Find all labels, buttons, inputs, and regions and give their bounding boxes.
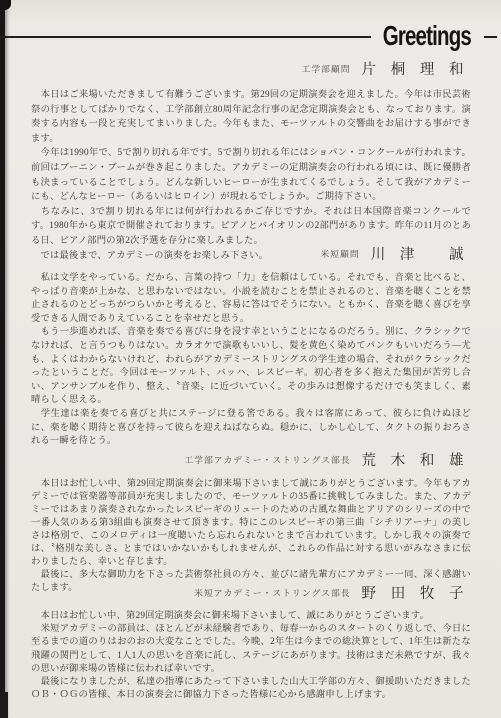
header-rule-line — [0, 36, 371, 38]
section-byline: 工学部アカデミー・ストリングス部長 荒 木 和 雄 — [31, 449, 471, 470]
paragraph: 本日はお忙しい中、第29回定期演奏会に御来場下さいまして、誠にありがとうございま… — [31, 610, 471, 623]
person-name: 野 田 牧 子 — [362, 586, 469, 602]
greeting-section-araki: 工学部アカデミー・ストリングス部長 荒 木 和 雄 本日はお忙しい中、第29回定… — [0, 449, 501, 595]
role-label: 工学部顧問 — [302, 64, 351, 74]
person-name: 荒 木 和 雄 — [362, 453, 469, 469]
role-label: 米短顧問 — [320, 249, 359, 259]
paragraph: もう一歩進めれば、音楽を奏でる喜びに身を浸す幸ということになるのだろう。別に、ク… — [31, 326, 471, 408]
role-label: 工学部アカデミー・ストリングス部長 — [184, 455, 350, 465]
section-body: 私は文学をやっている。だから、言葉の持つ「力」を信頼はしている。それでも、音楽と… — [31, 272, 471, 449]
paragraph: 本日はご来場いただきまして有難うございます。第29回の定期演奏会を迎えました。今… — [31, 88, 471, 146]
scan-corner-top-left — [0, 0, 11, 10]
greetings-page: Greetings 工学部顧問 片 桐 理 和 本日はご来場いただきまして有難う… — [0, 0, 501, 718]
paragraph: 学生達は楽を奏でる喜びと共にステージに登る筈である。我々は客席にあって、彼らに負… — [31, 408, 471, 449]
role-label: 米短アカデミー・ストリングス部長 — [194, 588, 350, 598]
paragraph: ちなみに、3で割り切れる年には何が行われるかご存じですか。それは日本国際音楽コン… — [31, 205, 471, 249]
greeting-section-kawazu: 米短顧問 川 津 誠 私は文学をやっている。だから、言葉の持つ「力」を信頼はして… — [0, 243, 501, 449]
paragraph: 私は文学をやっている。だから、言葉の持つ「力」を信頼はしている。それでも、音楽と… — [31, 272, 471, 326]
greeting-section-noda: 米短アカデミー・ストリングス部長 野 田 牧 子 本日はお忙しい中、第29回定期… — [0, 582, 501, 702]
section-byline: 工学部顧問 片 桐 理 和 — [31, 58, 471, 79]
paragraph: 米短アカデミーの部員は、ほとんどが未経験者であり、毎春一からのスタートのくり返し… — [31, 623, 471, 676]
section-body: 本日はお忙しい中、第29回定期演奏会に御来場下さいまして誠にありがとうございます… — [31, 478, 471, 595]
header-rule-end — [484, 36, 497, 38]
section-body: 本日はお忙しい中、第29回定期演奏会に御来場下さいまして、誠にありがとうございま… — [31, 610, 471, 702]
section-body: 本日はご来場いただきまして有難うございます。第29回の定期演奏会を迎えました。今… — [31, 88, 471, 263]
page-title: Greetings — [383, 23, 471, 51]
paragraph: 本日はお忙しい中、第29回定期演奏会に御来場下さいまして誠にありがとうございます… — [31, 478, 471, 569]
person-name: 川 津 誠 — [371, 247, 469, 263]
section-byline: 米短アカデミー・ストリングス部長 野 田 牧 子 — [31, 582, 471, 603]
page-header: Greetings — [0, 24, 497, 49]
section-byline: 米短顧問 川 津 誠 — [31, 243, 471, 264]
paragraph: 今年は1990年で、5で割り切れる年です。5で割り切れる年にはショパン・コンクー… — [31, 146, 471, 204]
paragraph: 最後になりましたが、私達の指導にあたって下さいました山大工学部の方々、御援助いた… — [31, 676, 471, 702]
person-name: 片 桐 理 和 — [362, 62, 469, 78]
greeting-section-katagiri: 工学部顧問 片 桐 理 和 本日はご来場いただきまして有難うございます。第29回… — [0, 58, 501, 263]
